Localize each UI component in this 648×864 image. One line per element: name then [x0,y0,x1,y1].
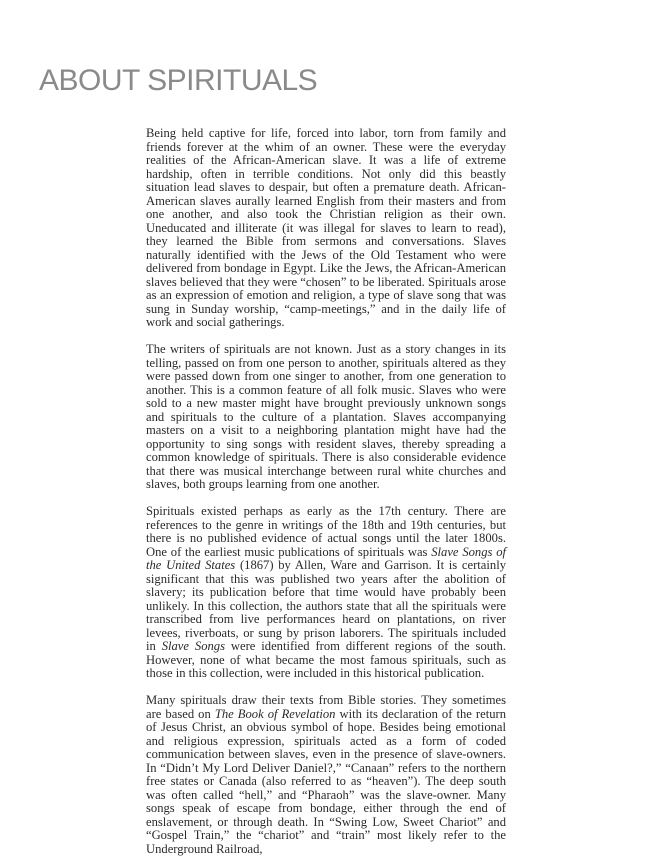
paragraph-text: Being held captive for life, forced into… [146,126,506,329]
paragraph-4: Many spirituals draw their texts from Bi… [146,694,506,856]
article-body: Being held captive for life, forced into… [146,127,506,864]
book-title-slave-songs-short: Slave Songs [162,639,225,653]
book-title-revelation: The Book of Revelation [215,707,336,721]
paragraph-2: The writers of spirituals are not known.… [146,343,506,492]
paragraph-text: The writers of spirituals are not known.… [146,342,506,491]
paragraph-text: with its declaration of the return of Je… [146,707,506,856]
page-title: ABOUT SPIRITUALS [39,63,317,99]
paragraph-3: Spirituals existed perhaps as early as t… [146,505,506,681]
paragraph-1: Being held captive for life, forced into… [146,127,506,330]
